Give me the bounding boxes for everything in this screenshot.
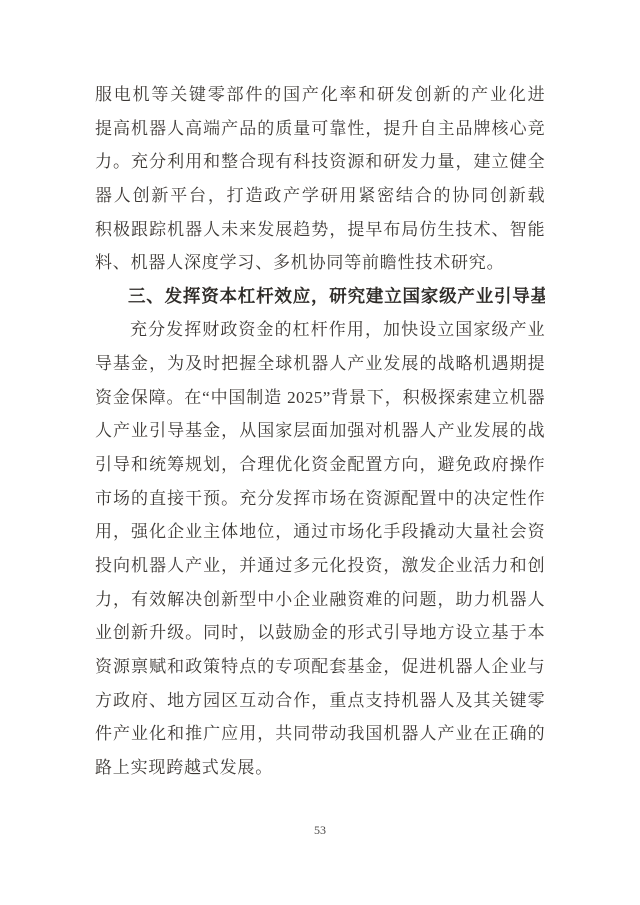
text-line: 导基金，为及时把握全球机器人产业发展的战略机遇期提供 (95, 347, 545, 381)
text-line: 资源禀赋和政策特点的专项配套基金，促进机器人企业与地 (95, 650, 545, 684)
paragraph-continued: 服电机等关键零部件的国产化率和研发创新的产业化进程，提高机器人高端产品的质量可靠… (95, 78, 545, 280)
text-line: 市场的直接干预。充分发挥市场在资源配置中的决定性作 (95, 482, 545, 516)
document-page: 服电机等关键零部件的国产化率和研发创新的产业化进程，提高机器人高端产品的质量可靠… (0, 0, 640, 905)
text-line: 资金保障。在“中国制造 2025”背景下，积极探索建立机器 (95, 381, 545, 415)
section-heading: 三、发挥资本杠杆效应，研究建立国家级产业引导基金 (95, 280, 545, 314)
text-line: 积极跟踪机器人未来发展趋势，提早布局仿生技术、智能材 (95, 213, 545, 247)
text-line: 用，强化企业主体地位，通过市场化手段撬动大量社会资本 (95, 515, 545, 549)
text-line: 力。充分利用和整合现有科技资源和研发力量，建立健全机 (95, 145, 545, 179)
text-line: 路上实现跨越式发展。 (95, 751, 545, 785)
page-number: 53 (0, 822, 640, 838)
text-line: 力，有效解决创新型中小企业融资难的问题，助力机器人产 (95, 583, 545, 617)
text-line: 方政府、地方园区互动合作，重点支持机器人及其关键零部 (95, 684, 545, 718)
text-line: 器人创新平台，打造政产学研用紧密结合的协同创新载体， (95, 179, 545, 213)
text-line: 充分发挥财政资金的杠杆作用，加快设立国家级产业引 (95, 313, 545, 347)
text-line: 业创新升级。同时，以鼓励金的形式引导地方设立基于本地 (95, 616, 545, 650)
text-line: 引导和统筹规划，合理优化资金配置方向，避免政府操作对 (95, 448, 545, 482)
text-line: 投向机器人产业，并通过多元化投资，激发企业活力和创造 (95, 549, 545, 583)
paragraph-body: 充分发挥财政资金的杠杆作用，加快设立国家级产业引导基金，为及时把握全球机器人产业… (95, 313, 545, 784)
text-line: 提高机器人高端产品的质量可靠性，提升自主品牌核心竞争 (95, 112, 545, 146)
text-line: 件产业化和推广应用，共同带动我国机器人产业在正确的道 (95, 717, 545, 751)
text-line: 料、机器人深度学习、多机协同等前瞻性技术研究。 (95, 246, 545, 280)
text-line: 人产业引导基金，从国家层面加强对机器人产业发展的战略 (95, 414, 545, 448)
text-line: 服电机等关键零部件的国产化率和研发创新的产业化进程， (95, 78, 545, 112)
page-content: 服电机等关键零部件的国产化率和研发创新的产业化进程，提高机器人高端产品的质量可靠… (95, 78, 545, 784)
